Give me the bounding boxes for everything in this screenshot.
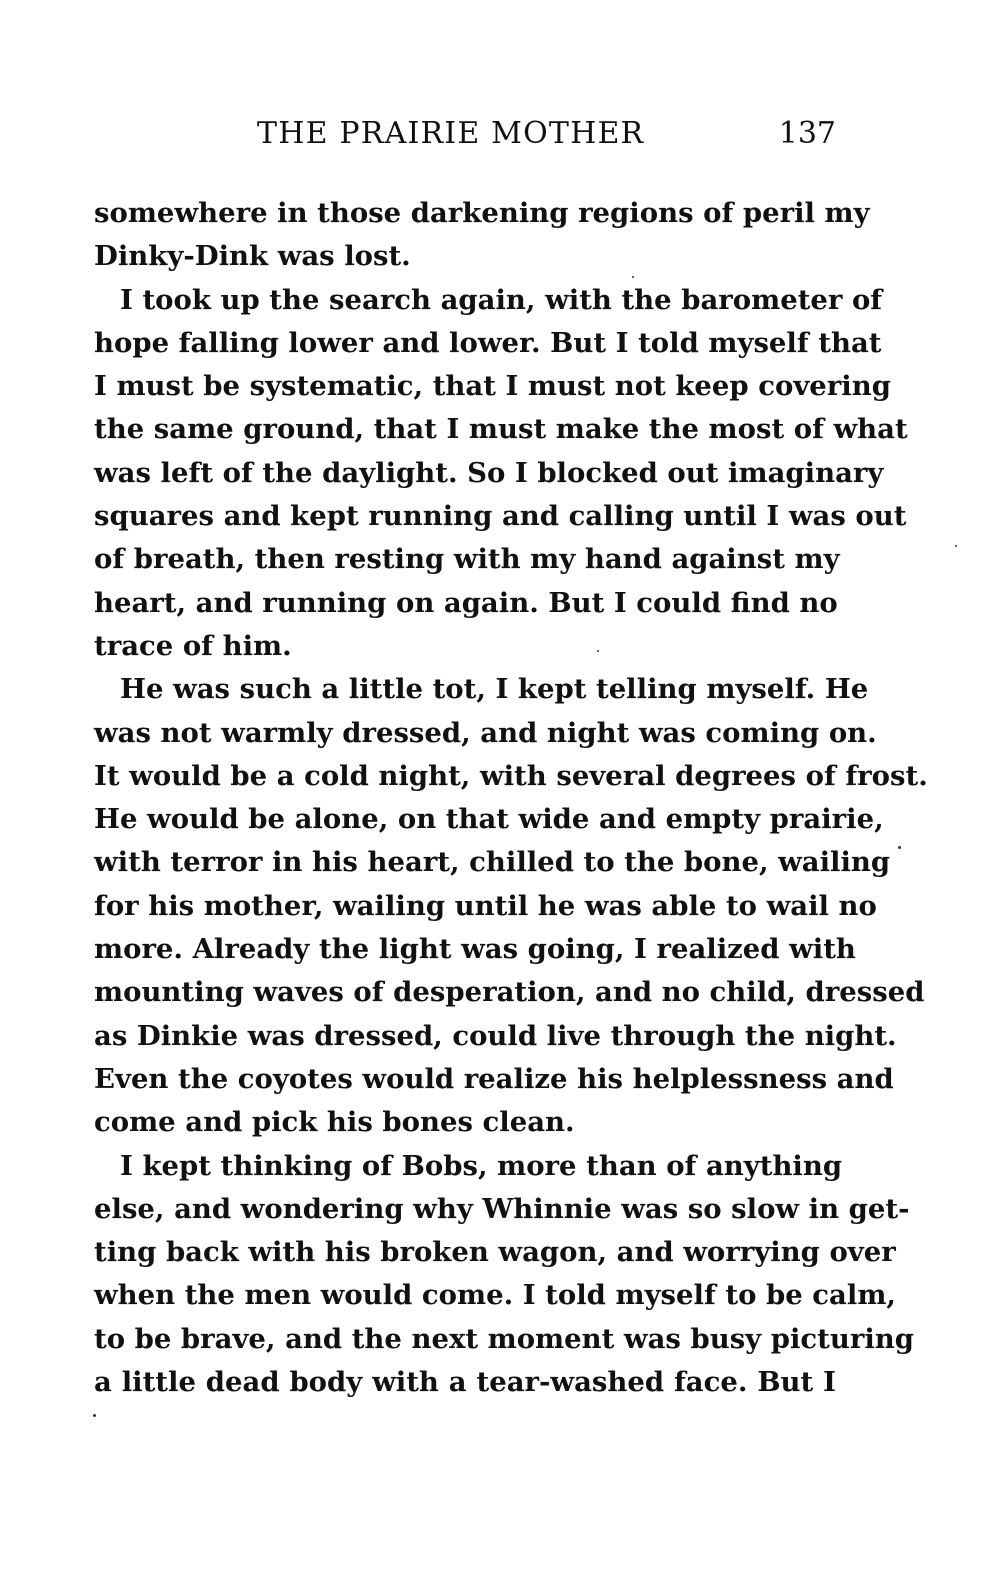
text-line: He would be alone, on that wide and empt… (94, 798, 836, 841)
scan-speck (632, 276, 634, 278)
text-line: I must be systematic, that I must not ke… (94, 365, 836, 408)
text-line: to be brave, and the next moment was bus… (94, 1318, 836, 1361)
text-line: I kept thinking of Bobs, more than of an… (94, 1145, 836, 1188)
scan-speck (93, 1414, 96, 1417)
text-line: mounting waves of desperation, and no ch… (94, 971, 836, 1014)
paragraph: I took up the search again, with the bar… (94, 279, 836, 669)
text-line: when the men would come. I told myself t… (94, 1274, 836, 1317)
page-number: 137 (779, 116, 836, 151)
text-line: more. Already the light was going, I rea… (94, 928, 836, 971)
text-line: squares and kept running and calling unt… (94, 495, 836, 538)
running-head: THE PRAIRIE MOTHER 137 (94, 116, 836, 160)
text-line: I took up the search again, with the bar… (94, 279, 836, 322)
text-line: Dinky-Dink was lost. (94, 235, 836, 278)
text-line: was not warmly dressed, and night was co… (94, 712, 836, 755)
text-line: for his mother, wailing until he was abl… (94, 885, 836, 928)
text-line: hope falling lower and lower. But I told… (94, 322, 836, 365)
running-title: THE PRAIRIE MOTHER (257, 116, 644, 151)
text-line: It would be a cold night, with several d… (94, 755, 836, 798)
paragraph: I kept thinking of Bobs, more than of an… (94, 1145, 836, 1405)
body-text: somewhere in those darkening regions of … (94, 192, 836, 1404)
text-line: of breath, then resting with my hand aga… (94, 538, 836, 581)
scan-speck (597, 650, 599, 652)
text-line: ting back with his broken wagon, and wor… (94, 1231, 836, 1274)
text-line: He was such a little tot, I kept telling… (94, 668, 836, 711)
text-line: with terror in his heart, chilled to the… (94, 841, 836, 884)
scan-speck (898, 846, 901, 849)
text-line: trace of him. (94, 625, 836, 668)
text-line: a little dead body with a tear-washed fa… (94, 1361, 836, 1404)
text-line: as Dinkie was dressed, could live throug… (94, 1015, 836, 1058)
scan-speck (955, 545, 957, 547)
paragraph: He was such a little tot, I kept telling… (94, 668, 836, 1144)
text-line: somewhere in those darkening regions of … (94, 192, 836, 235)
text-line: the same ground, that I must make the mo… (94, 408, 836, 451)
text-line: heart, and running on again. But I could… (94, 582, 836, 625)
text-line: Even the coyotes would realize his helpl… (94, 1058, 836, 1101)
paragraph: somewhere in those darkening regions of … (94, 192, 836, 279)
text-line: come and pick his bones clean. (94, 1101, 836, 1144)
text-line: else, and wondering why Whinnie was so s… (94, 1188, 836, 1231)
text-line: was left of the daylight. So I blocked o… (94, 452, 836, 495)
